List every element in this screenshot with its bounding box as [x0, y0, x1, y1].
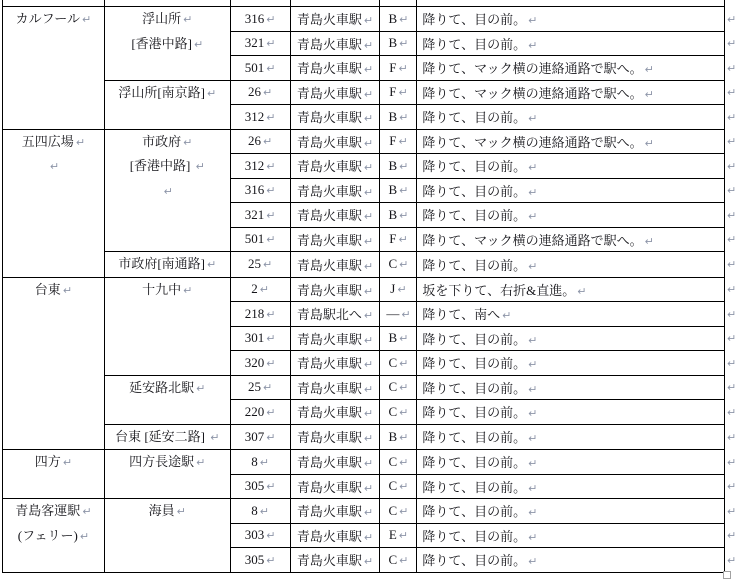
line-break-mark: ↵ [50, 160, 59, 173]
line-break-mark: ↵ [82, 13, 91, 26]
cell-text: B [388, 109, 397, 124]
destination-cell: 青島火車駅↵ [290, 450, 380, 475]
line-break-mark: ↵ [727, 357, 736, 370]
cell-text: 四方長途駅 [129, 454, 194, 469]
line-break-mark: ↵ [528, 482, 537, 495]
cell-text: 青島火車駅 [297, 480, 362, 495]
directions-cell: 坂を下りて、右折&直進。↵ [417, 277, 725, 302]
directions-cell: 降りて、目の前。↵ [417, 450, 725, 475]
line-break-mark: ↵ [364, 285, 373, 298]
row-end-mark-cell: ↵ [724, 7, 737, 32]
line-break-mark: ↵ [727, 505, 736, 518]
stop-cell: 十九中↵ [104, 277, 230, 375]
directions-cell: 降りて、目の前。↵ [417, 105, 725, 130]
exit-code-cell: C↵ [380, 548, 417, 573]
line-break-mark: ↵ [401, 308, 410, 321]
line-break-mark: ↵ [727, 308, 736, 321]
line-break-mark: ↵ [263, 258, 272, 271]
route-number-cell: 25↵ [230, 375, 290, 400]
line-break-mark: ↵ [260, 505, 269, 518]
cell-text: 218 [245, 306, 265, 321]
line-break-mark: ↵ [364, 506, 373, 519]
cell-text: 市政府 [142, 134, 181, 149]
line-break-mark: ↵ [266, 209, 275, 222]
row-end-mark-cell: ↵ [724, 474, 737, 499]
cell-text-line: (フェリー)↵ [3, 524, 104, 549]
destination-cell: 青島火車駅↵ [290, 375, 380, 400]
exit-code-cell: B↵ [380, 31, 417, 56]
cell-text: 降りて、目の前。 [422, 110, 526, 125]
line-break-mark: ↵ [727, 86, 736, 99]
cell-text: 降りて、目の前。 [422, 332, 526, 347]
line-break-mark: ↵ [266, 37, 275, 50]
line-break-mark: ↵ [194, 38, 203, 51]
cell-text: 青島火車駅 [297, 37, 362, 52]
destination-cell: 青島火車駅↵ [290, 7, 380, 32]
cell-text-line: 四方↵ [3, 450, 104, 475]
route-number-cell: 26↵ [230, 129, 290, 154]
cell-text: 降りて、目の前。 [422, 381, 526, 396]
destination-cell: 青島火車駅↵ [290, 523, 380, 548]
directions-cell: 降りて、南へ↵ [417, 302, 725, 327]
line-break-mark: ↵ [399, 160, 408, 173]
exit-code-cell: F↵ [380, 129, 417, 154]
cell-text: 26 [248, 84, 261, 99]
line-break-mark: ↵ [727, 431, 736, 444]
line-break-mark: ↵ [364, 531, 373, 544]
cell-text: 312 [245, 158, 265, 173]
cell-text: 市政府[南通路] [118, 256, 205, 271]
line-break-mark: ↵ [528, 407, 537, 420]
cell-text: 25 [248, 256, 261, 271]
bus-route-table-body: カルフール↵浮山所↵[香港中路]↵316↵青島火車駅↵B↵降りて、目の前。↵↵3… [3, 0, 738, 572]
line-break-mark: ↵ [399, 357, 408, 370]
row-end-mark-cell: ↵ [724, 178, 737, 203]
cell-text: 降りて、マック横の連絡通路で駅へ。 [422, 86, 642, 101]
route-number-cell: 312↵ [230, 154, 290, 179]
cell-text: 25 [248, 379, 261, 394]
directions-cell: 降りて、目の前。↵ [417, 252, 725, 278]
line-break-mark: ↵ [63, 456, 72, 469]
exit-code-cell: F↵ [380, 56, 417, 81]
cell-text: 降りて、目の前。 [422, 184, 526, 199]
line-break-mark: ↵ [399, 209, 408, 222]
cell-text: 青島火車駅 [297, 553, 362, 568]
exit-code-cell: C↵ [380, 450, 417, 475]
line-break-mark: ↵ [263, 381, 272, 394]
cell-text: C [388, 503, 397, 518]
cell-text: (フェリー) [18, 528, 78, 543]
line-break-mark: ↵ [266, 233, 275, 246]
destination-cell: 青島火車駅↵ [290, 154, 380, 179]
cell-text: 321 [245, 207, 265, 222]
route-row: カルフール↵浮山所↵[香港中路]↵316↵青島火車駅↵B↵降りて、目の前。↵↵ [3, 7, 738, 32]
row-end-mark-cell: ↵ [724, 252, 737, 278]
line-break-mark: ↵ [399, 184, 408, 197]
line-break-mark: ↵ [528, 112, 537, 125]
destination-cell: 青島火車駅↵ [290, 400, 380, 425]
cell-text: 青島火車駅 [297, 455, 362, 470]
line-break-mark: ↵ [727, 332, 736, 345]
row-end-mark-cell: ↵ [724, 56, 737, 81]
destination-cell: 青島火車駅↵ [290, 474, 380, 499]
stop-cell: 浮山所↵[香港中路]↵ [104, 7, 230, 81]
route-row: 台東↵十九中↵2↵青島火車駅↵J↵坂を下りて、右折&直進。↵↵ [3, 277, 738, 302]
cell-text: 305 [245, 552, 265, 567]
line-break-mark: ↵ [399, 258, 408, 271]
destination-cell: 青島火車駅↵ [290, 56, 380, 81]
cell-text: 8 [251, 503, 258, 518]
cell-text: 501 [245, 231, 265, 246]
line-break-mark: ↵ [727, 258, 736, 271]
cell-text-line: 青島客運駅↵ [3, 499, 104, 524]
line-break-mark: ↵ [528, 334, 537, 347]
line-break-mark: ↵ [364, 39, 373, 52]
destination-cell: 青島火車駅↵ [290, 105, 380, 130]
line-break-mark: ↵ [196, 382, 205, 395]
line-break-mark: ↵ [645, 235, 654, 248]
row-end-mark-cell: ↵ [724, 227, 737, 252]
route-number-cell: 25↵ [230, 252, 290, 278]
area-cell: 台東↵ [3, 277, 105, 450]
line-break-mark: ↵ [727, 381, 736, 394]
route-number-cell: 303↵ [230, 523, 290, 548]
row-end-mark-cell: ↵ [724, 154, 737, 179]
directions-cell: 降りて、目の前。↵ [417, 523, 725, 548]
line-break-mark: ↵ [260, 283, 269, 296]
cell-text: 321 [245, 35, 265, 50]
route-row: 延安路北駅↵25↵青島火車駅↵C↵降りて、目の前。↵↵ [3, 375, 738, 400]
exit-code-cell: J↵ [380, 277, 417, 302]
line-break-mark: ↵ [528, 506, 537, 519]
exit-code-cell: C↵ [380, 499, 417, 524]
line-break-mark: ↵ [183, 284, 192, 297]
area-cell: 青島客運駅↵(フェリー)↵ [3, 499, 105, 573]
row-end-mark-cell: ↵ [724, 31, 737, 56]
line-break-mark: ↵ [528, 432, 537, 445]
cell-text: 青島火車駅 [297, 283, 362, 298]
cell-text-line: 四方長途駅↵ [105, 450, 230, 475]
row-end-mark-cell: ↵ [724, 302, 737, 327]
exit-code-cell: B↵ [380, 105, 417, 130]
route-row: 四方↵四方長途駅↵8↵青島火車駅↵C↵降りて、目の前。↵↵ [3, 450, 738, 475]
line-break-mark: ↵ [266, 529, 275, 542]
cell-text: 316 [245, 182, 265, 197]
cell-text: 26 [248, 133, 261, 148]
destination-cell: 青島火車駅↵ [290, 203, 380, 228]
cell-text: 青島火車駅 [297, 135, 362, 150]
exit-code-cell: C↵ [380, 351, 417, 376]
line-break-mark: ↵ [183, 13, 192, 26]
cell-text: 青島火車駅 [297, 233, 362, 248]
cell-text: 降りて、目の前。 [422, 208, 526, 223]
line-break-mark: ↵ [364, 14, 373, 27]
line-break-mark: ↵ [399, 406, 408, 419]
stop-cell: 四方長途駅↵ [104, 450, 230, 499]
line-break-mark: ↵ [727, 554, 736, 567]
line-break-mark: ↵ [364, 63, 373, 76]
line-break-mark: ↵ [207, 87, 216, 100]
cell-text: 降りて、目の前。 [422, 159, 526, 174]
table-resize-handle[interactable] [723, 571, 731, 579]
destination-cell: 青島火車駅↵ [290, 351, 380, 376]
cell-text-line: 十九中↵ [105, 278, 230, 303]
cell-text: 降りて、マック横の連絡通路で駅へ。 [422, 61, 642, 76]
cell-text: C [388, 454, 397, 469]
directions-cell: 降りて、目の前。↵ [417, 499, 725, 524]
route-number-cell: 305↵ [230, 474, 290, 499]
route-number-cell: 321↵ [230, 31, 290, 56]
row-end-mark-cell: ↵ [724, 129, 737, 154]
line-break-mark: ↵ [266, 406, 275, 419]
line-break-mark: ↵ [76, 136, 85, 149]
cell-text: 五四広場 [22, 134, 74, 149]
line-break-mark: ↵ [645, 88, 654, 101]
cell-text: 312 [245, 109, 265, 124]
cell-text: 降りて、目の前。 [422, 529, 526, 544]
row-end-mark-cell: ↵ [724, 277, 737, 302]
cell-text: 降りて、目の前。 [422, 258, 526, 273]
exit-code-cell: B↵ [380, 203, 417, 228]
line-break-mark: ↵ [364, 235, 373, 248]
cell-text: B [388, 35, 397, 50]
line-break-mark: ↵ [528, 14, 537, 27]
destination-cell: 青島火車駅↵ [290, 31, 380, 56]
line-break-mark: ↵ [727, 209, 736, 222]
cell-text: 青島火車駅 [297, 159, 362, 174]
exit-code-cell: E↵ [380, 523, 417, 548]
area-cell: 五四広場↵↵ [3, 129, 105, 277]
directions-cell: 降りて、目の前。↵ [417, 351, 725, 376]
cell-text: 降りて、目の前。 [422, 504, 526, 519]
line-break-mark: ↵ [727, 456, 736, 469]
destination-cell: 青島火車駅↵ [290, 424, 380, 450]
cell-text: B [388, 207, 397, 222]
line-break-mark: ↵ [260, 456, 269, 469]
exit-code-cell: F↵ [380, 227, 417, 252]
line-break-mark: ↵ [399, 554, 408, 567]
line-break-mark: ↵ [727, 406, 736, 419]
cell-text: 316 [245, 11, 265, 26]
cell-text: 220 [245, 404, 265, 419]
cell-text: [香港中路] [130, 158, 194, 173]
cell-text: 青島火車駅 [297, 12, 362, 27]
line-break-mark: ↵ [364, 457, 373, 470]
directions-cell: 降りて、マック横の連絡通路で駅へ。↵ [417, 129, 725, 154]
line-break-mark: ↵ [727, 233, 736, 246]
cell-text: F [389, 133, 396, 148]
cell-text: 海員 [149, 503, 175, 518]
line-break-mark: ↵ [266, 111, 275, 124]
line-break-mark: ↵ [364, 260, 373, 273]
line-break-mark: ↵ [399, 37, 408, 50]
line-break-mark: ↵ [263, 135, 272, 148]
line-break-mark: ↵ [528, 555, 537, 568]
exit-code-cell: B↵ [380, 326, 417, 351]
line-break-mark: ↵ [727, 135, 736, 148]
exit-code-cell: ―↵ [380, 302, 417, 327]
stop-cell: 市政府↵[香港中路] ↵↵ [104, 129, 230, 252]
cell-text: 降りて、目の前。 [422, 455, 526, 470]
line-break-mark: ↵ [266, 480, 275, 493]
cell-text: 台東 [延安二路] [115, 429, 208, 444]
cell-text: F [389, 231, 396, 246]
cell-text-line: [香港中路]↵ [105, 32, 230, 57]
line-break-mark: ↵ [528, 210, 537, 223]
line-break-mark: ↵ [80, 530, 89, 543]
line-break-mark: ↵ [727, 111, 736, 124]
destination-cell: 青島駅北へ↵ [290, 302, 380, 327]
cell-text: 浮山所 [142, 11, 181, 26]
cell-text-line: 台東↵ [3, 278, 104, 303]
row-end-mark-cell: ↵ [724, 548, 737, 573]
line-break-mark: ↵ [727, 160, 736, 173]
cell-text: 青島火車駅 [297, 86, 362, 101]
cell-text: B [388, 11, 397, 26]
exit-code-cell: F↵ [380, 80, 417, 105]
cell-text: 青島火車駅 [297, 430, 362, 445]
line-break-mark: ↵ [528, 260, 537, 273]
route-row: 浮山所[南京路]↵26↵青島火車駅↵F↵降りて、マック横の連絡通路で駅へ。↵↵ [3, 80, 738, 105]
destination-cell: 青島火車駅↵ [290, 80, 380, 105]
route-row: 青島客運駅↵(フェリー)↵海員↵8↵青島火車駅↵C↵降りて、目の前。↵↵ [3, 499, 738, 524]
cell-text: 降りて、目の前。 [422, 37, 526, 52]
cell-text: 坂を下りて、右折&直進。 [422, 283, 575, 298]
destination-cell: 青島火車駅↵ [290, 252, 380, 278]
directions-cell: 降りて、マック横の連絡通路で駅へ。↵ [417, 227, 725, 252]
line-break-mark: ↵ [364, 407, 373, 420]
line-break-mark: ↵ [183, 136, 192, 149]
cell-text: E [389, 527, 397, 542]
line-break-mark: ↵ [398, 135, 407, 148]
document-page: カルフール↵浮山所↵[香港中路]↵316↵青島火車駅↵B↵降りて、目の前。↵↵3… [0, 0, 738, 580]
row-end-mark-cell: ↵ [724, 523, 737, 548]
cell-text: 降りて、目の前。 [422, 430, 526, 445]
cell-text: 降りて、目の前。 [422, 405, 526, 420]
cell-text: C [388, 256, 397, 271]
cell-text-line: 浮山所[南京路]↵ [105, 81, 230, 106]
cell-text: 青島火車駅 [297, 405, 362, 420]
destination-cell: 青島火車駅↵ [290, 178, 380, 203]
line-break-mark: ↵ [196, 456, 205, 469]
cell-text: 8 [251, 454, 258, 469]
directions-cell: 降りて、目の前。↵ [417, 375, 725, 400]
cell-text-line: 市政府[南通路]↵ [105, 252, 230, 277]
directions-cell: 降りて、マック横の連絡通路で駅へ。↵ [417, 56, 725, 81]
route-row: 台東 [延安二路] ↵307↵青島火車駅↵B↵降りて、目の前。↵↵ [3, 424, 738, 450]
line-break-mark: ↵ [364, 482, 373, 495]
line-break-mark: ↵ [364, 210, 373, 223]
line-break-mark: ↵ [727, 62, 736, 75]
area-cell: カルフール↵ [3, 7, 105, 130]
directions-cell: 降りて、目の前。↵ [417, 178, 725, 203]
directions-cell: 降りて、目の前。↵ [417, 31, 725, 56]
stop-cell: 海員↵ [104, 499, 230, 573]
cell-text: 320 [245, 355, 265, 370]
line-break-mark: ↵ [502, 309, 511, 322]
line-break-mark: ↵ [528, 161, 537, 174]
cell-text: [香港中路] [131, 36, 192, 51]
cell-text: 青島火車駅 [297, 184, 362, 199]
cell-text: C [388, 478, 397, 493]
cell-text: B [388, 182, 397, 197]
route-number-cell: 220↵ [230, 400, 290, 425]
line-break-mark: ↵ [63, 284, 72, 297]
line-break-mark: ↵ [399, 529, 408, 542]
exit-code-cell: B↵ [380, 178, 417, 203]
directions-cell: 降りて、マック横の連絡通路で駅へ。↵ [417, 80, 725, 105]
row-end-mark-cell: ↵ [724, 499, 737, 524]
destination-cell: 青島火車駅↵ [290, 548, 380, 573]
line-break-mark: ↵ [364, 137, 373, 150]
line-break-mark: ↵ [364, 88, 373, 101]
cell-text: 降りて、目の前。 [422, 12, 526, 27]
cell-text: 四方 [35, 454, 61, 469]
line-break-mark: ↵ [727, 37, 736, 50]
cell-text: 青島火車駅 [297, 110, 362, 125]
directions-cell: 降りて、目の前。↵ [417, 548, 725, 573]
exit-code-cell: C↵ [380, 474, 417, 499]
directions-cell: 降りて、目の前。↵ [417, 7, 725, 32]
row-end-mark-cell: ↵ [724, 424, 737, 450]
line-break-mark: ↵ [399, 431, 408, 444]
directions-cell: 降りて、目の前。↵ [417, 326, 725, 351]
cell-text: 降りて、目の前。 [422, 480, 526, 495]
line-break-mark: ↵ [266, 13, 275, 26]
cell-text-line: ↵ [105, 179, 230, 204]
cell-text: 青島火車駅 [297, 61, 362, 76]
line-break-mark: ↵ [528, 531, 537, 544]
line-break-mark: ↵ [727, 283, 736, 296]
line-break-mark: ↵ [727, 529, 736, 542]
stop-cell: 市政府[南通路]↵ [104, 252, 230, 278]
exit-code-cell: B↵ [380, 7, 417, 32]
route-row: 五四広場↵↵市政府↵[香港中路] ↵↵26↵青島火車駅↵F↵降りて、マック横の連… [3, 129, 738, 154]
cell-text: 青島火車駅 [297, 381, 362, 396]
line-break-mark: ↵ [399, 381, 408, 394]
route-number-cell: 501↵ [230, 56, 290, 81]
line-break-mark: ↵ [727, 13, 736, 26]
cell-text: 307 [245, 429, 265, 444]
line-break-mark: ↵ [727, 184, 736, 197]
exit-code-cell: B↵ [380, 154, 417, 179]
line-break-mark: ↵ [398, 86, 407, 99]
cell-text: J [390, 281, 395, 296]
directions-cell: 降りて、目の前。↵ [417, 400, 725, 425]
route-number-cell: 321↵ [230, 203, 290, 228]
exit-code-cell: B↵ [380, 424, 417, 450]
route-number-cell: 320↵ [230, 351, 290, 376]
line-break-mark: ↵ [645, 137, 654, 150]
stop-cell: 台東 [延安二路] ↵ [104, 424, 230, 450]
cell-text: カルフール [16, 11, 80, 26]
exit-code-cell: C↵ [380, 375, 417, 400]
destination-cell: 青島火車駅↵ [290, 129, 380, 154]
cell-text: C [388, 404, 397, 419]
cell-text: ― [386, 306, 399, 321]
line-break-mark: ↵ [399, 505, 408, 518]
cell-text: 降りて、マック横の連絡通路で駅へ。 [422, 135, 642, 150]
cell-text: 青島火車駅 [297, 356, 362, 371]
line-break-mark: ↵ [266, 308, 275, 321]
line-break-mark: ↵ [645, 63, 654, 76]
cell-text: 浮山所[南京路] [118, 85, 205, 100]
line-break-mark: ↵ [266, 554, 275, 567]
line-break-mark: ↵ [364, 186, 373, 199]
cell-text: B [388, 429, 397, 444]
line-break-mark: ↵ [266, 160, 275, 173]
cell-text-line: ↵ [3, 154, 104, 179]
